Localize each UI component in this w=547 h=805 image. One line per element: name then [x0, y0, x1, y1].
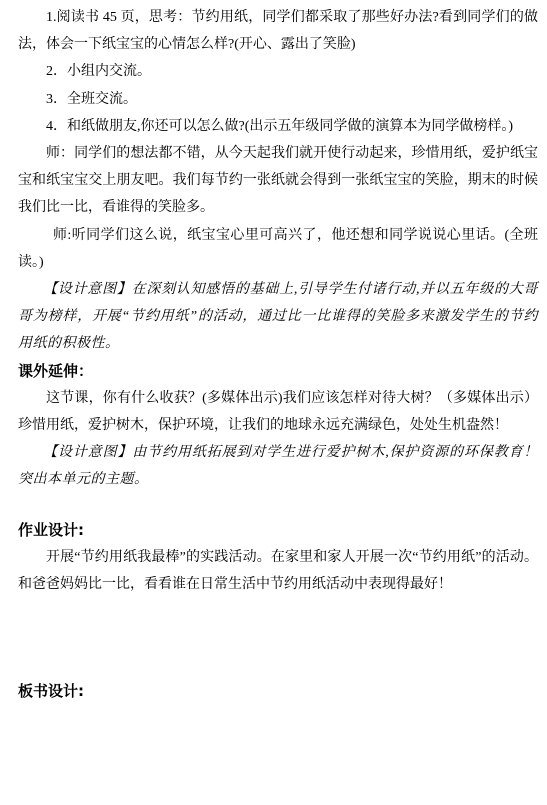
extension-body-text: 这节课，你有什么收获？(多媒体出示)我们应该怎样对待大树？（多媒体出示）珍惜用纸… — [18, 385, 538, 439]
homework-body-text: 开展“节约用纸我最棒”的实践活动。在家里和家人开展一次“节约用纸”的活动。和爸爸… — [18, 544, 538, 598]
lesson-step-1: 1.阅读书 45 页，思考：节约用纸，同学们都采取了那些好办法?看到同学们的做法… — [18, 4, 538, 58]
section-heading-board-design: 板书设计: — [18, 678, 538, 705]
lesson-step-3: 3．全班交流。 — [18, 86, 538, 113]
design-intent-note-1: 【设计意图】在深刻认知感悟的基础上,引导学生付诸行动,并以五年级的大哥哥为榜样，… — [18, 276, 538, 358]
lesson-step-2: 2．小组内交流。 — [18, 58, 538, 85]
lesson-step-4: 4．和纸做朋友,你还可以怎么做?(出示五年级同学做的演算本为同学做榜样。) — [18, 113, 538, 140]
design-intent-note-2: 【设计意图】由节约用纸拓展到对学生进行爱护树木,保护资源的环保教育！突出本单元的… — [18, 439, 538, 493]
lesson-plan-document-page: 1.阅读书 45 页，思考：节约用纸，同学们都采取了那些好办法?看到同学们的做法… — [0, 0, 547, 805]
section-heading-extracurricular-extension: 课外延伸： — [18, 358, 538, 385]
teacher-speech-2: 师:听同学们这么说，纸宝宝心里可高兴了，他还想和同学说说心里话。(全班读。) — [18, 222, 538, 276]
section-heading-homework-design: 作业设计: — [18, 517, 538, 544]
teacher-speech-1: 师：同学们的想法都不错，从今天起我们就开使行动起来，珍惜用纸，爱护纸宝宝和纸宝宝… — [18, 140, 538, 222]
